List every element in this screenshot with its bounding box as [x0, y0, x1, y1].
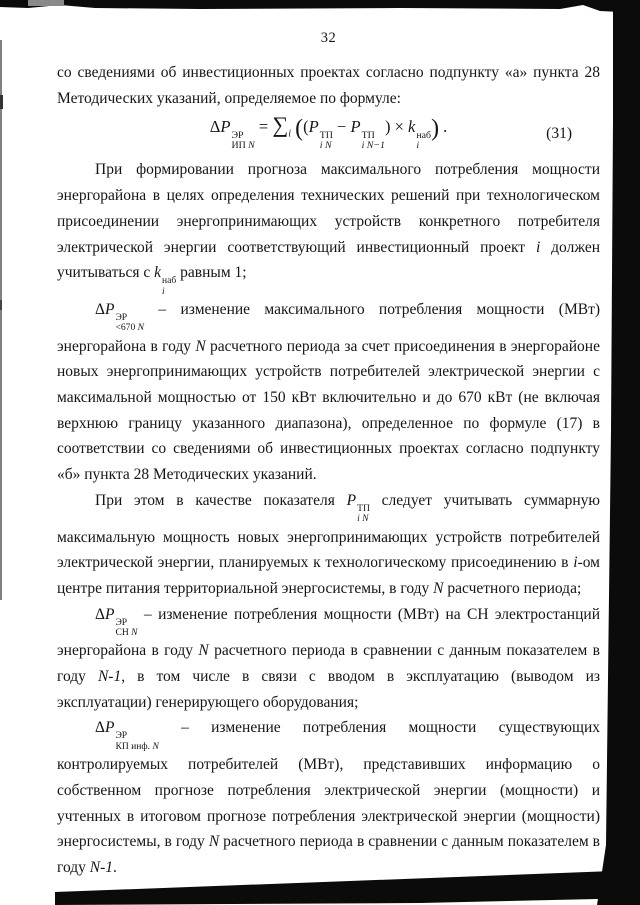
formula-number: (31): [546, 125, 572, 143]
paragraph-delta-kp-inf: ΔPЭРКП инф. N – изменение потребления мо…: [57, 715, 600, 880]
formula-31: ΔPЭРИП N = ∑i ((PТПi N − PТПi N−1) × kна…: [210, 117, 448, 153]
page-content: 32 со сведениями об инвестиционных проек…: [57, 30, 600, 881]
scan-speck: [0, 300, 2, 310]
scan-speck: [0, 95, 3, 109]
scanned-document-page: { "page_number": "32", "ink_color": "#15…: [0, 0, 640, 905]
paragraph-intro: со сведениями об инвестиционных проектах…: [57, 60, 600, 111]
scan-edge-left: [0, 40, 2, 600]
paragraph-forming: При формировании прогноза максимального …: [57, 157, 600, 297]
paragraph-delta-sn: ΔPЭРСН N – изменение потребления мощност…: [57, 602, 600, 716]
paragraph-ptp: При этом в качестве показателя PТПi N сл…: [57, 488, 600, 602]
scan-edge-top: [0, 0, 640, 13]
paragraph-delta-670: ΔPЭР<670 N – изменение максимального пот…: [57, 297, 600, 488]
formula-block: ΔPЭРИП N = ∑i ((PТПi N − PТПi N−1) × kна…: [57, 113, 600, 155]
page-number: 32: [57, 30, 600, 47]
scan-edge-top-gray: [28, 0, 64, 6]
scan-edge-right: [597, 0, 640, 905]
